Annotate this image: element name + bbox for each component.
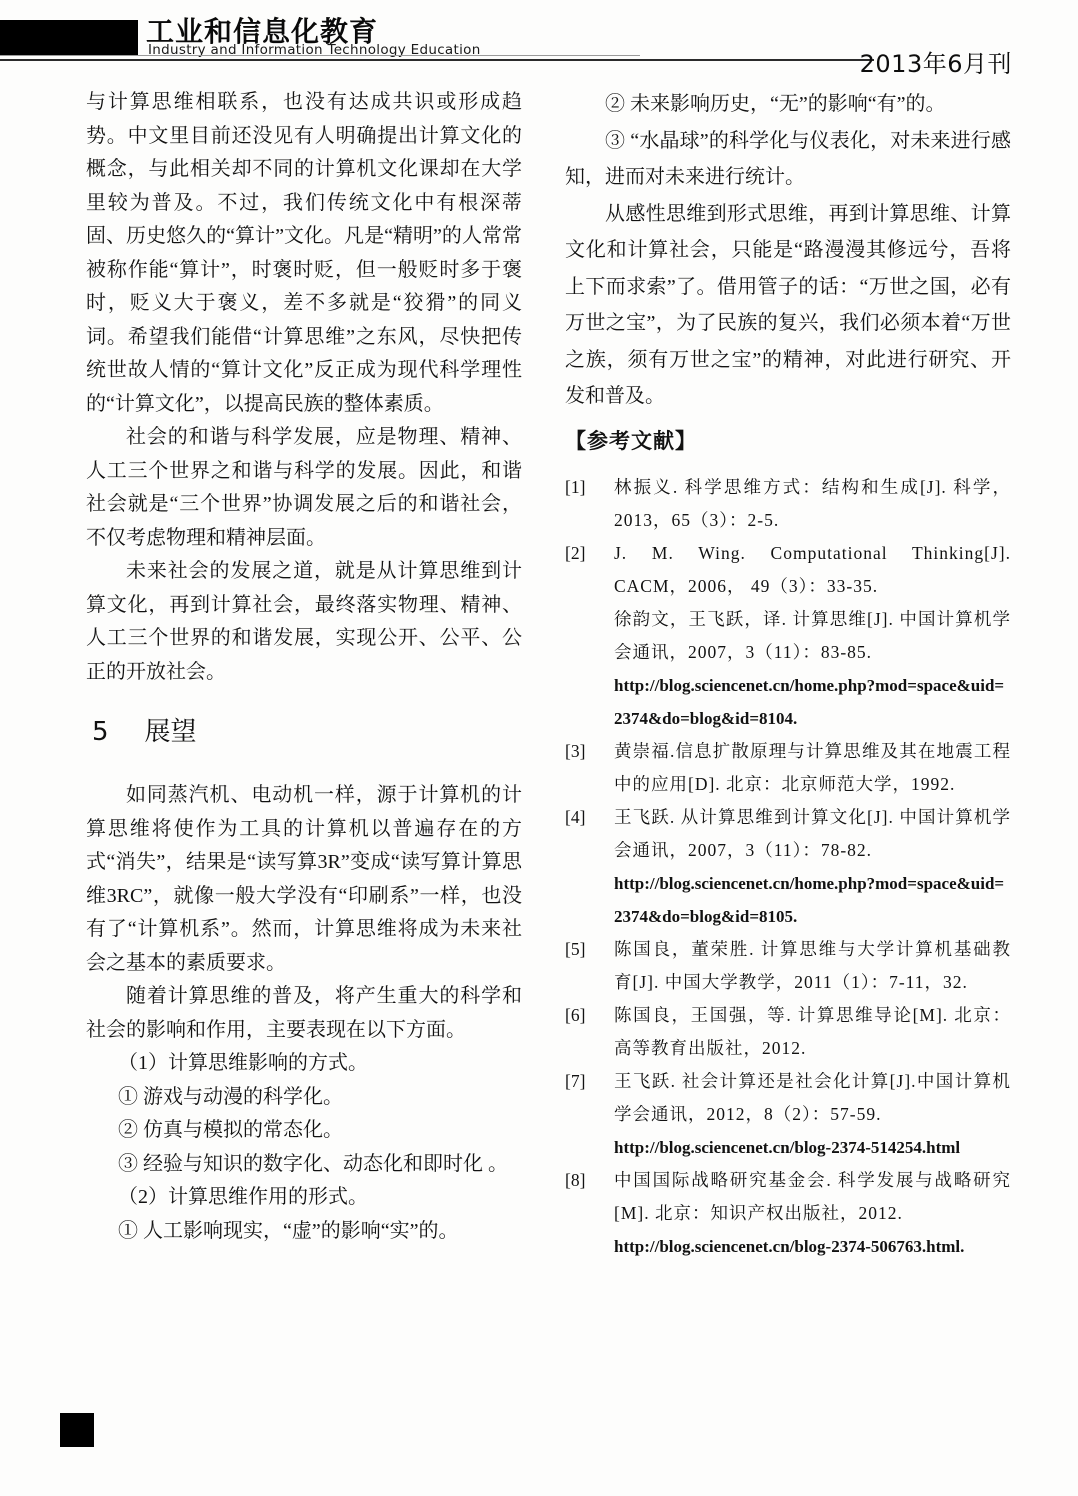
reference-item: [6] 陈国良，王国强，等. 计算思维导论[M]. 北京：高等教育出版社，201… xyxy=(565,999,1011,1065)
reference-item: [4] 王飞跃. 从计算思维到计算文化[J]. 中国计算机学会通讯，2007，3… xyxy=(565,801,1011,933)
list-item: ③ “水晶球”的科学化与仪表化，对未来进行感知，进而对未来进行统计。 xyxy=(565,123,1011,196)
list-item: ① 人工影响现实，“虚”的影响“实”的。 xyxy=(86,1215,522,1249)
reference-item: [3] 黄崇福.信息扩散原理与计算思维及其在地震工程中的应用[D]. 北京：北京… xyxy=(565,735,1011,801)
references-heading: 【参考文献】 xyxy=(565,427,1011,455)
reference-label: [3] xyxy=(565,735,585,768)
section-title: 展望 xyxy=(145,717,197,747)
reference-url: http://blog.sciencenet.cn/home.php?mod=s… xyxy=(614,669,1011,735)
journal-page: 工业和信息化教育 Industry and Information Techno… xyxy=(0,0,1078,1496)
list-item: （1）计算思维影响的方式。 xyxy=(86,1047,522,1081)
reference-text: 陈国良，王国强，等. 计算思维导论[M]. 北京：高等教育出版社，2012. xyxy=(614,999,1011,1065)
reference-label: [2] xyxy=(565,537,585,570)
reference-url: http://blog.sciencenet.cn/blog-2374-5067… xyxy=(614,1230,1011,1263)
reference-item: [7] 王飞跃. 社会计算还是社会化计算[J].中国计算机学会通讯，2012，8… xyxy=(565,1065,1011,1164)
reference-text: 黄崇福.信息扩散原理与计算思维及其在地震工程中的应用[D]. 北京：北京师范大学… xyxy=(614,735,1011,801)
issue-label: 2013年6月刊 xyxy=(860,44,1012,79)
reference-text: 王飞跃. 社会计算还是社会化计算[J].中国计算机学会通讯，2012，8（2）：… xyxy=(614,1065,1011,1131)
reference-item: [1] 林振义. 科学思维方式：结构和生成[J]. 科学，2013，65（3）：… xyxy=(565,471,1011,537)
paragraph: 社会的和谐与科学发展，应是物理、精神、人工三个世界之和谐与科学的发展。因此，和谐… xyxy=(86,421,522,555)
paragraph: 随着计算思维的普及，将产生重大的科学和社会的影响和作用，主要表现在以下方面。 xyxy=(86,980,522,1047)
paragraph: 如同蒸汽机、电动机一样，源于计算机的计算思维将使作为工具的计算机以普遍存在的方式… xyxy=(86,779,522,980)
reference-label: [7] xyxy=(565,1065,585,1098)
reference-url: http://blog.sciencenet.cn/blog-2374-5142… xyxy=(614,1131,1011,1164)
list-item: ② 未来影响历史，“无”的影响“有”的。 xyxy=(565,86,1011,123)
list-item: ③ 经验与知识的数字化、动态化和即时化 。 xyxy=(86,1148,522,1182)
reference-text: J. M. Wing. Computational Thinking[J]. C… xyxy=(614,537,1011,603)
masthead-redaction-box xyxy=(0,20,138,55)
section-number: 5 xyxy=(92,717,109,747)
reference-item: [8] 中国国际战略研究基金会. 科学发展与战略研究[M]. 北京：知识产权出版… xyxy=(565,1164,1011,1263)
reference-text: 徐韵文，王飞跃，译. 计算思维[J]. 中国计算机学会通讯，2007，3（11）… xyxy=(614,603,1011,669)
page-footer-mark xyxy=(60,1413,94,1447)
references-list: [1] 林振义. 科学思维方式：结构和生成[J]. 科学，2013，65（3）：… xyxy=(565,471,1011,1263)
reference-label: [4] xyxy=(565,801,585,834)
paragraph: 与计算思维相联系，也没有达成共识或形成趋势。中文里目前还没见有人明确提出计算文化… xyxy=(86,86,522,421)
reference-label: [1] xyxy=(565,471,585,504)
list-item: ② 仿真与模拟的常态化。 xyxy=(86,1114,522,1148)
paragraph: 从感性思维到形式思维，再到计算思维、计算文化和计算社会，只能是“路漫漫其修远兮，… xyxy=(565,196,1011,415)
reference-label: [6] xyxy=(565,999,585,1032)
reference-label: [5] xyxy=(565,933,585,966)
list-item: ① 游戏与动漫的科学化。 xyxy=(86,1081,522,1115)
reference-text: 王飞跃. 从计算思维到计算文化[J]. 中国计算机学会通讯，2007，3（11）… xyxy=(614,801,1011,867)
reference-label: [8] xyxy=(565,1164,585,1197)
left-column: 与计算思维相联系，也没有达成共识或形成趋势。中文里目前还没见有人明确提出计算文化… xyxy=(86,86,522,1248)
reference-item: [5] 陈国良，董荣胜. 计算思维与大学计算机基础教育[J]. 中国大学教学，2… xyxy=(565,933,1011,999)
list-item: （2）计算思维作用的形式。 xyxy=(86,1181,522,1215)
reference-text: 中国国际战略研究基金会. 科学发展与战略研究[M]. 北京：知识产权出版社，20… xyxy=(614,1164,1011,1230)
header-rule xyxy=(0,59,874,61)
reference-item: [2] J. M. Wing. Computational Thinking[J… xyxy=(565,537,1011,735)
paragraph: 未来社会的发展之道，就是从计算思维到计算文化，再到计算社会，最终落实物理、精神、… xyxy=(86,555,522,689)
section-heading: 5展望 xyxy=(92,715,522,749)
reference-text: 林振义. 科学思维方式：结构和生成[J]. 科学，2013，65（3）：2-5. xyxy=(614,471,1011,537)
reference-url: http://blog.sciencenet.cn/home.php?mod=s… xyxy=(614,867,1011,933)
reference-text: 陈国良，董荣胜. 计算思维与大学计算机基础教育[J]. 中国大学教学，2011（… xyxy=(614,933,1011,999)
right-column: ② 未来影响历史，“无”的影响“有”的。 ③ “水晶球”的科学化与仪表化，对未来… xyxy=(565,86,1011,1263)
